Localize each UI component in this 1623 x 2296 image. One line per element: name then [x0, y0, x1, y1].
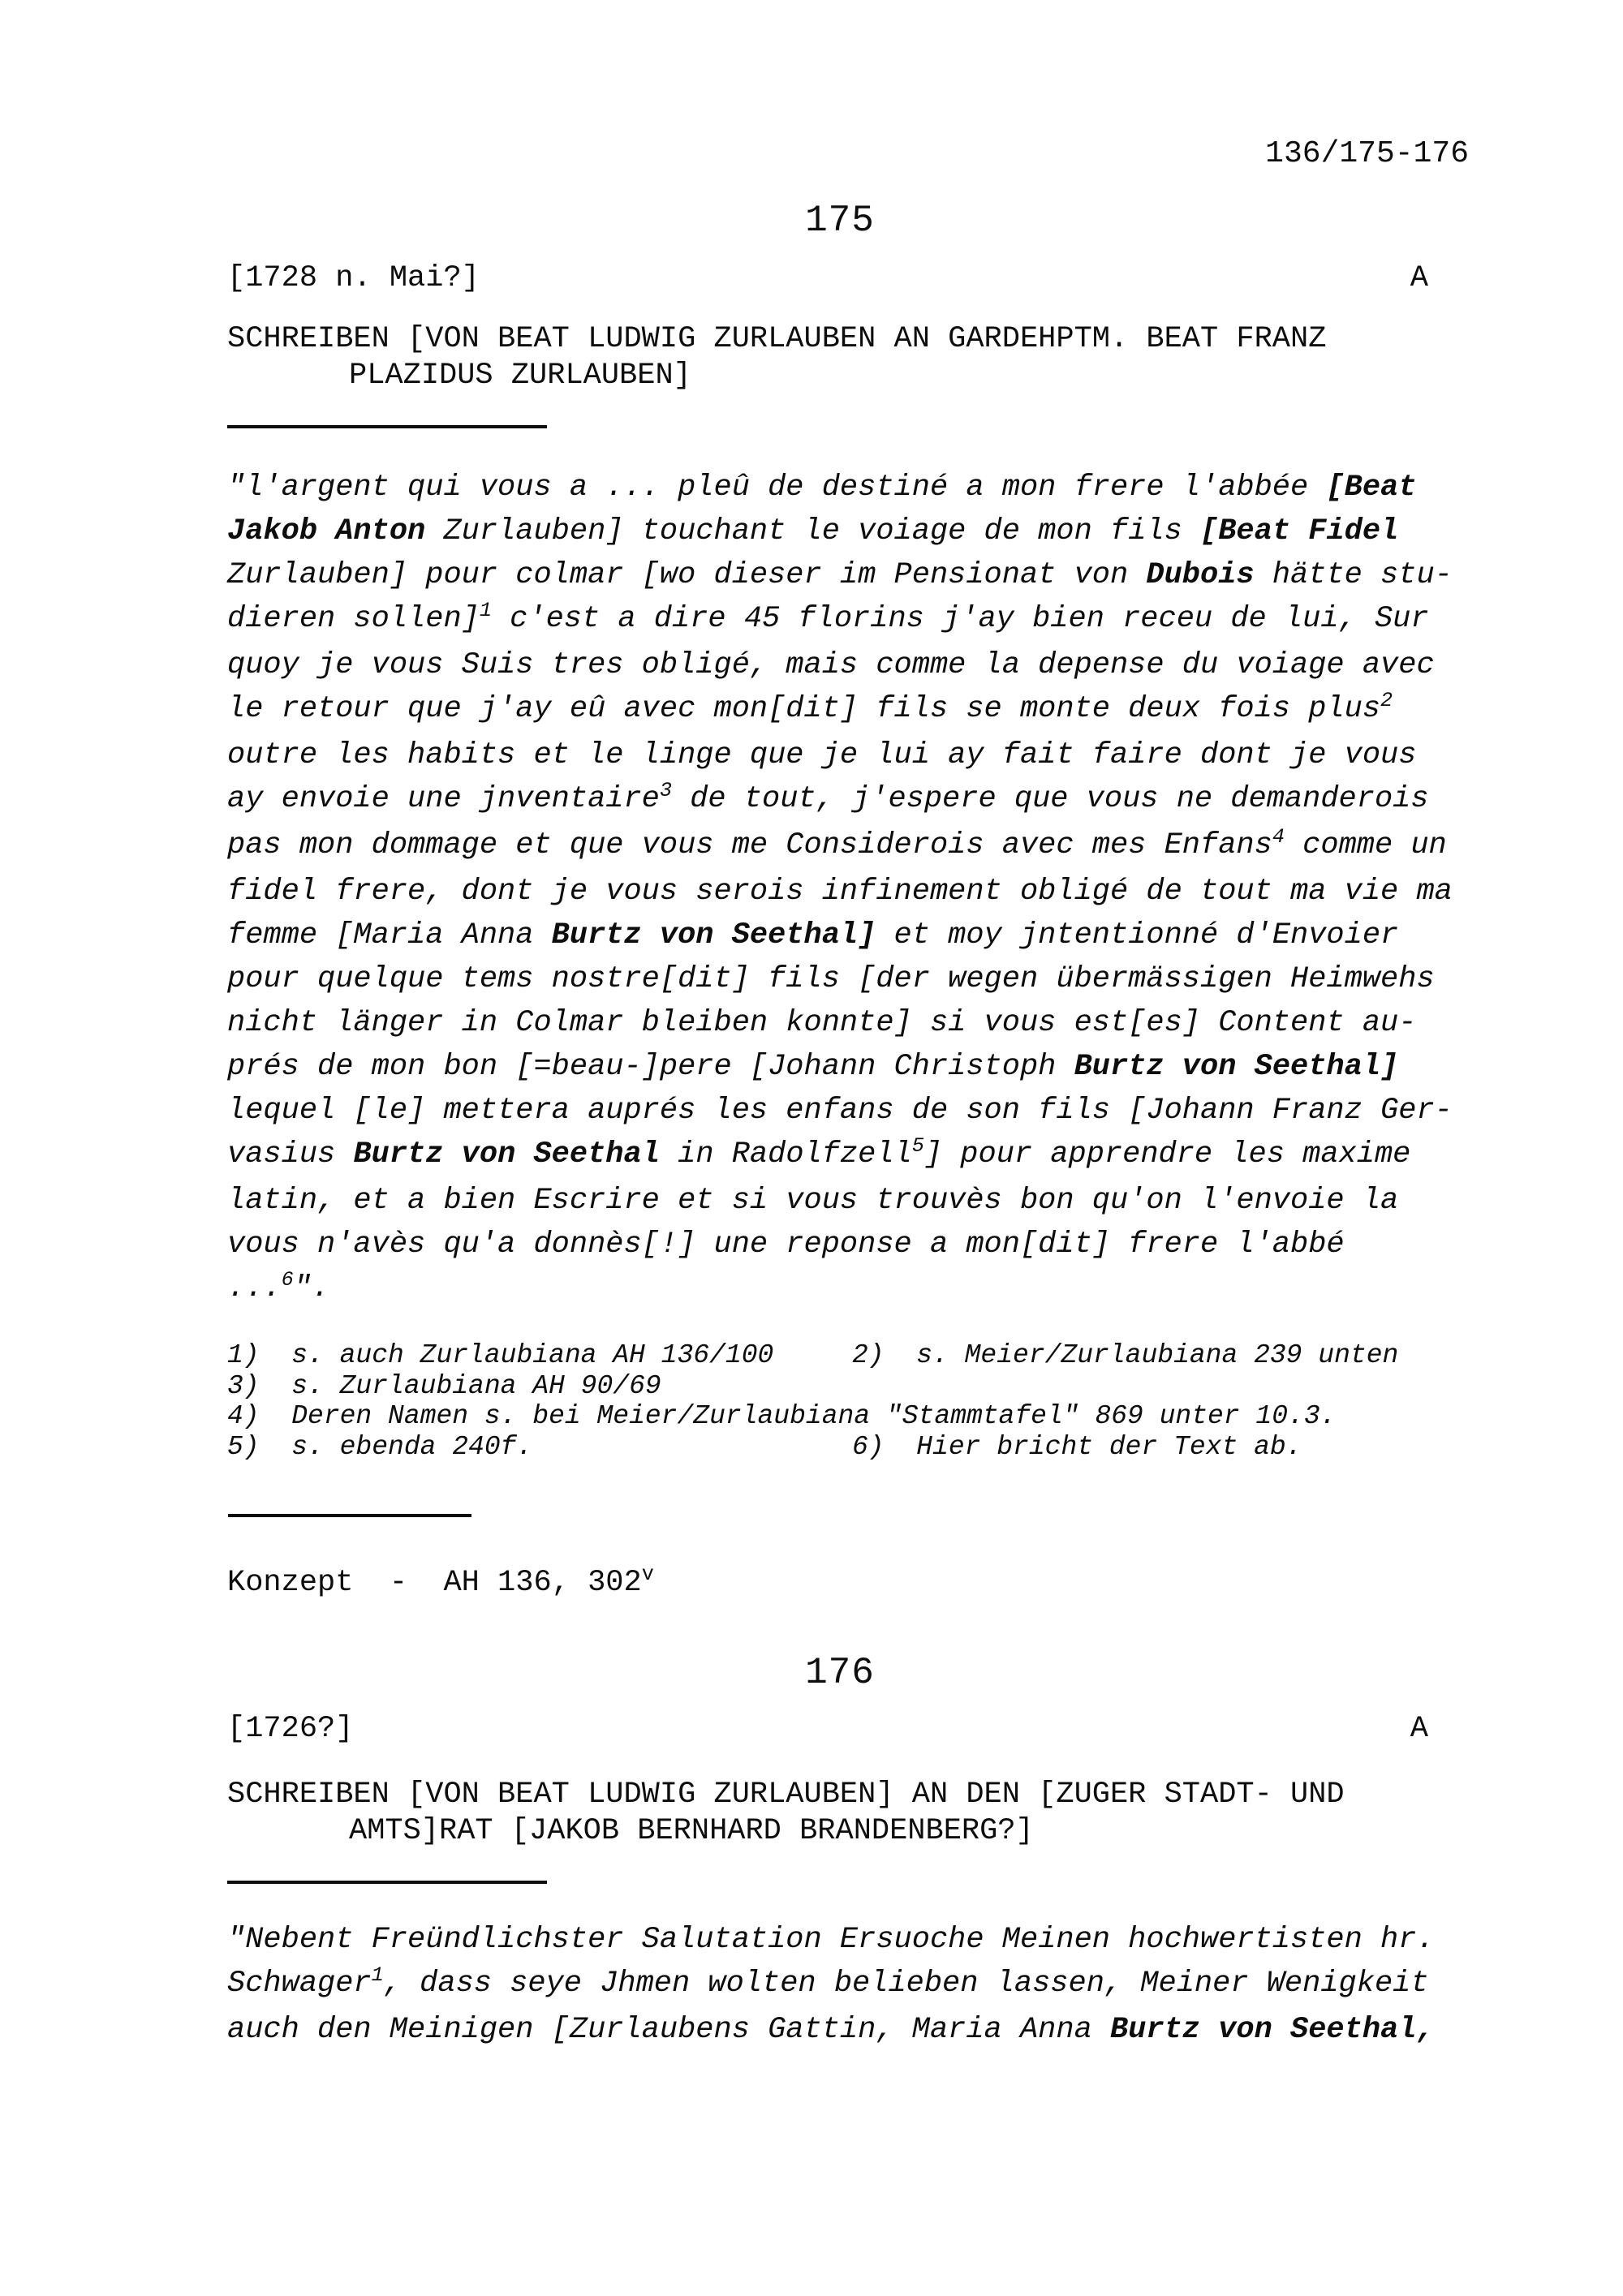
- text-segment: prés de mon bon [=beau-]pere [Johann Chr…: [227, 1050, 1074, 1084]
- text-segment: vasius: [227, 1137, 353, 1172]
- footnote-right: 2) s. Meier/Zurlaubiana 239 unten: [852, 1340, 1398, 1371]
- text-line: dieren sollen]1 c'est a dire 45 florins …: [227, 597, 1453, 643]
- footnote-row: 4) Deren Namen s. bei Meier/Zurlaubiana …: [227, 1401, 1398, 1432]
- letter-176-title-line-1: SCHREIBEN [VON BEAT LUDWIG ZURLAUBEN] AN…: [227, 1777, 1345, 1813]
- footnote-marker: 4: [1272, 825, 1285, 849]
- footnote-left: 4) Deren Namen s. bei Meier/Zurlaubiana …: [227, 1401, 1336, 1432]
- text-line: "Nebent Freündlichster Salutation Ersuoc…: [227, 1918, 1435, 1962]
- letter-175-footnotes: 1) s. auch Zurlaubiana AH 136/1002) s. M…: [227, 1340, 1398, 1462]
- footnote-left: 3) s. Zurlaubiana AH 90/69: [227, 1371, 852, 1402]
- text-segment: le retour que j'ay eû avec mon[dit] fils…: [227, 692, 1380, 726]
- text-line: Zurlauben] pour colmar [wo dieser im Pen…: [227, 553, 1453, 597]
- footnote-marker: 6: [282, 1268, 294, 1292]
- text-segment: c'est a dire 45 florins j'ay bien receu …: [492, 602, 1429, 636]
- letter-176-title: SCHREIBEN [VON BEAT LUDWIG ZURLAUBEN] AN…: [227, 1777, 1345, 1850]
- text-line: latin, et a bien Escrire et si vous trou…: [227, 1179, 1453, 1223]
- letter-175-meta-row: [1728 n. Mai?] A: [227, 261, 1428, 295]
- text-segment: Burtz von Seethal: [353, 1137, 659, 1172]
- text-segment: [Beat: [1326, 471, 1416, 505]
- text-line: le retour que j'ay eû avec mon[dit] fils…: [227, 687, 1453, 733]
- footnote-left: 1) s. auch Zurlaubiana AH 136/100: [227, 1340, 852, 1371]
- footnote-marker: 1: [480, 599, 492, 622]
- letter-176-number: 176: [227, 1652, 1453, 1694]
- divider-rule-above-source: [228, 1514, 471, 1517]
- divider-rule-above-letter-175-body: [227, 425, 547, 428]
- text-segment: femme [Maria Anna: [227, 918, 552, 952]
- letter-175-number: 175: [227, 200, 1453, 242]
- text-segment: fidel frere, dont je vous serois infinem…: [227, 875, 1453, 909]
- text-segment: et moy jntentionné d'Envoier: [876, 918, 1398, 952]
- text-line: prés de mon bon [=beau-]pere [Johann Chr…: [227, 1045, 1453, 1089]
- text-segment: Jakob Anton: [227, 514, 425, 548]
- text-segment: outre les habits et le linge que je lui …: [227, 738, 1416, 772]
- letter-175-body: "l'argent qui vous a ... pleû de destiné…: [227, 466, 1453, 1313]
- footnote-row: 5) s. ebenda 240f.6) Hier bricht der Tex…: [227, 1432, 1398, 1463]
- text-segment: auch den Meinigen [Zurlaubens Gattin, Ma…: [227, 2013, 1110, 2047]
- text-segment: Burtz von Seethal]: [1074, 1050, 1399, 1084]
- text-line: Schwager1, dass seye Jhmen wolten belieb…: [227, 1962, 1435, 2008]
- text-segment: Dubois: [1146, 558, 1254, 592]
- letter-176-body: "Nebent Freündlichster Salutation Ersuoc…: [227, 1918, 1435, 2052]
- text-segment: Burtz von Seethal,: [1110, 2013, 1435, 2047]
- letter-176-date: [1726?]: [227, 1712, 353, 1746]
- footnote-marker: 3: [660, 779, 672, 802]
- text-segment: dieren sollen]: [227, 602, 480, 636]
- text-line: Jakob Anton Zurlauben] touchant le voiag…: [227, 510, 1453, 553]
- footnote-row: 1) s. auch Zurlaubiana AH 136/1002) s. M…: [227, 1340, 1398, 1371]
- text-segment: comme un: [1285, 828, 1447, 862]
- text-segment: Zurlauben] touchant le voiage de mon fil…: [425, 514, 1200, 548]
- text-line: vous n'avès qu'a donnès[!] une reponse a…: [227, 1223, 1453, 1266]
- letter-176-siglum: A: [1410, 1712, 1428, 1746]
- text-segment: "Nebent Freündlichster Salutation Ersuoc…: [227, 1923, 1435, 1957]
- text-segment: pas mon dommage et que vous me Considero…: [227, 828, 1272, 862]
- letter-176-title-line-2: AMTS]RAT [JAKOB BERNHARD BRANDENBERG?]: [227, 1813, 1345, 1850]
- text-segment: ] pour apprendre les maxime: [924, 1137, 1411, 1172]
- text-line: pas mon dommage et que vous me Considero…: [227, 823, 1453, 870]
- letter-175-date: [1728 n. Mai?]: [227, 261, 480, 295]
- text-segment: latin, et a bien Escrire et si vous trou…: [227, 1184, 1398, 1218]
- text-segment: Schwager: [227, 1967, 372, 2001]
- letter-176-meta-row: [1726?] A: [227, 1712, 1428, 1746]
- text-line: nicht länger in Colmar bleiben konnte] s…: [227, 1001, 1453, 1045]
- footnote-marker: v: [642, 1563, 654, 1586]
- text-segment: ...: [227, 1271, 282, 1305]
- text-line: lequel [le] mettera auprés les enfans de…: [227, 1089, 1453, 1133]
- text-segment: Konzept - AH 136, 302: [227, 1566, 642, 1600]
- archive-reference: 136/175-176: [227, 136, 1469, 171]
- text-segment: Zurlauben] pour colmar [wo dieser im Pen…: [227, 558, 1146, 592]
- text-segment: pour quelque tems nostre[dit] fils [der …: [227, 962, 1435, 996]
- text-segment: , dass seye Jhmen wolten belieben lassen…: [384, 1967, 1429, 2001]
- text-line: pour quelque tems nostre[dit] fils [der …: [227, 957, 1453, 1001]
- text-segment: ".: [294, 1271, 329, 1305]
- text-line: ay envoie une jnventaire3 de tout, j'esp…: [227, 777, 1453, 823]
- text-segment: de tout, j'espere que vous ne demanderoi…: [672, 782, 1429, 816]
- text-segment: ay envoie une jnventaire: [227, 782, 660, 816]
- footnote-marker: 2: [1380, 689, 1393, 712]
- text-line: auch den Meinigen [Zurlaubens Gattin, Ma…: [227, 2008, 1435, 2052]
- footnote-row: 3) s. Zurlaubiana AH 90/69: [227, 1371, 1398, 1402]
- text-segment: [Beat Fidel: [1200, 514, 1398, 548]
- footnote-left: 5) s. ebenda 240f.: [227, 1432, 852, 1463]
- text-segment: vous n'avès qu'a donnès[!] une reponse a…: [227, 1228, 1345, 1262]
- text-line: vasius Burtz von Seethal in Radolfzell5]…: [227, 1133, 1453, 1179]
- letter-175-title-line-1: SCHREIBEN [VON BEAT LUDWIG ZURLAUBEN AN …: [227, 321, 1326, 358]
- text-segment: nicht länger in Colmar bleiben konnte] s…: [227, 1006, 1416, 1040]
- text-segment: Burtz von Seethal]: [552, 918, 876, 952]
- letter-175-title: SCHREIBEN [VON BEAT LUDWIG ZURLAUBEN AN …: [227, 321, 1326, 394]
- text-segment: quoy je vous Suis tres obligé, mais comm…: [227, 648, 1435, 682]
- letter-175-source: Konzept - AH 136, 302v: [227, 1566, 654, 1600]
- text-line: femme [Maria Anna Burtz von Seethal] et …: [227, 914, 1453, 957]
- text-segment: hätte stu-: [1255, 558, 1453, 592]
- footnote-marker: 5: [912, 1134, 924, 1158]
- text-segment: in Radolfzell: [660, 1137, 912, 1172]
- footnote-marker: 1: [372, 1963, 384, 1987]
- text-line: outre les habits et le linge que je lui …: [227, 733, 1453, 777]
- letter-175-title-line-2: PLAZIDUS ZURLAUBEN]: [227, 358, 1326, 394]
- text-line: "l'argent qui vous a ... pleû de destiné…: [227, 466, 1453, 510]
- letter-175-siglum: A: [1410, 261, 1428, 295]
- divider-rule-above-letter-176-body: [227, 1881, 547, 1884]
- text-line: quoy je vous Suis tres obligé, mais comm…: [227, 643, 1453, 687]
- text-line: fidel frere, dont je vous serois infinem…: [227, 870, 1453, 914]
- footnote-right: 6) Hier bricht der Text ab.: [852, 1432, 1302, 1463]
- text-line: ...6".: [227, 1266, 1453, 1313]
- text-segment: "l'argent qui vous a ... pleû de destiné…: [227, 471, 1326, 505]
- text-segment: lequel [le] mettera auprés les enfans de…: [227, 1094, 1453, 1128]
